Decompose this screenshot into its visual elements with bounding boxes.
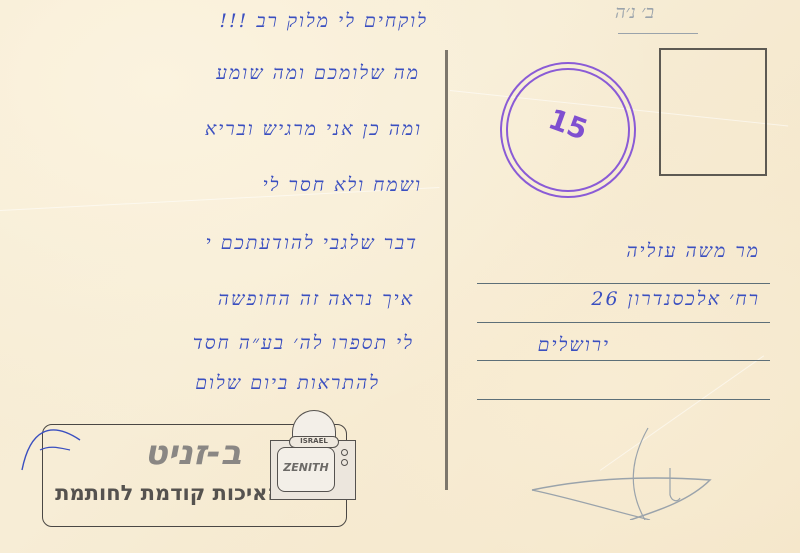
message-line: לוקחים לי מלוק רב !!!	[219, 10, 428, 33]
postcard: לוקחים לי מלוק רב !!! מה שלומכם ומה שומע…	[0, 0, 800, 553]
hat-label: ISRAEL	[289, 436, 339, 448]
pencil-signature	[520, 410, 720, 520]
address-line	[477, 283, 770, 284]
message-line: ומה כן אני מרגיש ובריא	[205, 118, 422, 141]
tv-illustration: ZENITH	[270, 440, 356, 500]
postcard-divider	[445, 50, 448, 490]
message-line: לי תספרו לה׳ בע״ה חסד	[193, 332, 414, 355]
pencil-note: ב׳ נ׳ה	[615, 2, 654, 23]
address-line	[477, 360, 770, 361]
address-line	[477, 322, 770, 323]
hat-illustration: ISRAEL	[292, 410, 336, 442]
address-name: מר משה עזליה	[626, 240, 760, 263]
stamp-box	[659, 48, 767, 176]
ad-tagline: האיכות קודמת לחותמת	[51, 481, 286, 505]
ad-brand: ב-זניט	[103, 433, 283, 473]
tv-screen: ZENITH	[277, 447, 335, 492]
pencil-underline	[618, 33, 698, 34]
address-street: רח׳ אלכסנדרון 26	[591, 288, 760, 311]
postmark-stamp: 15	[500, 62, 636, 198]
message-line: מה שלומכם ומה שומע	[216, 62, 420, 85]
message-line: דבר שלגבי להודעתכם י	[206, 232, 418, 255]
message-line: ושמח ולא חסר לי	[263, 174, 422, 197]
address-city: ירושלים	[538, 334, 610, 357]
postmark-number: 15	[500, 86, 635, 162]
tv-knob-icon	[341, 459, 348, 466]
message-line: להתראות ביום שלום	[195, 372, 380, 395]
message-line: איך נראה זה החופשה	[218, 288, 414, 311]
ink-stroke	[20, 400, 110, 480]
address-line	[477, 399, 770, 400]
zenith-logo: ZENITH	[280, 461, 332, 474]
tv-knob-icon	[341, 449, 348, 456]
